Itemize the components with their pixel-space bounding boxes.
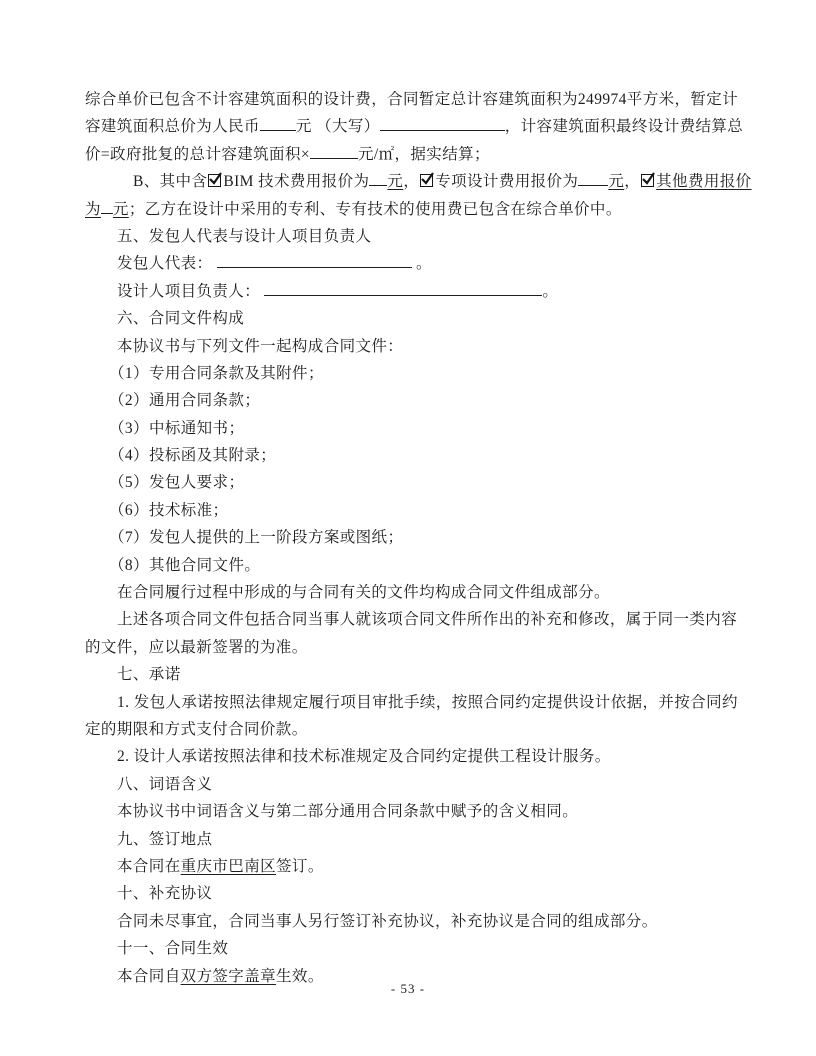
blank-field [310, 143, 358, 159]
text-run: 签订。 [276, 858, 324, 875]
text-run: 八、词语含义 [117, 776, 212, 793]
text-run: 发包人代表： [117, 255, 217, 272]
text-run: （2）通用合同条款； [109, 392, 260, 409]
document-line: （8）其他合同文件。 [85, 552, 737, 579]
text-run: 元 [113, 201, 129, 218]
document-line: 九、签订地点 [85, 826, 737, 853]
document-line: B、其中含BIM 技术费用报价为元，专项设计费用报价为元，其他费用报价 [85, 168, 737, 195]
blank-field [260, 115, 296, 131]
text-run: ；乙方在设计中采用的专利、专有技术的使用费已包含在综合单价中。 [129, 201, 622, 218]
document-line: 2. 设计人承诺按照法律和技术标准规定及合同约定提供工程设计服务。 [85, 743, 737, 770]
text-run: 重庆市巴南区 [181, 858, 276, 875]
text-run: （8）其他合同文件。 [109, 557, 260, 574]
document-line: （3）中标通知书； [85, 415, 737, 442]
text-run: 。 [542, 283, 558, 300]
text-run: 2. 设计人承诺按照法律和技术标准规定及合同约定提供工程设计服务。 [117, 748, 611, 765]
document-line: 在合同履行过程中形成的与合同有关的文件均构成合同文件组成部分。 [85, 579, 737, 606]
page-number: - 53 - [0, 981, 816, 997]
text-run: 本协议书中词语含义与第二部分通用合同条款中赋予的含义相同。 [117, 803, 578, 820]
document-line: 的文件，应以最新签署的为准。 [85, 634, 737, 661]
text-run: （1）专用合同条款及其附件； [109, 365, 324, 382]
text-run: 为 [85, 201, 101, 218]
document-line: （5）发包人要求； [85, 469, 737, 496]
document-line: 为元；乙方在设计中采用的专利、专有技术的使用费已包含在综合单价中。 [85, 196, 737, 223]
text-run: 上述各项合同文件包括合同当事人就该项合同文件所作出的补充和修改，属于同一类内容 [117, 611, 737, 628]
text-run: 元 [387, 173, 403, 190]
document-line: 容建筑面积总价为人民币元 （大写），计容建筑面积最终设计费结算总 [85, 113, 737, 140]
text-run: 本协议书与下列文件一起构成合同文件： [117, 338, 403, 355]
text-run: 元/㎡，据实结算； [358, 146, 490, 163]
checked-checkbox-icon [208, 174, 221, 187]
text-run: 定的期限和方式支付合同价款。 [85, 721, 308, 738]
text-run: 七、承诺 [117, 666, 181, 683]
checked-checkbox-icon [641, 174, 654, 187]
text-run: ， [624, 173, 640, 190]
document-line: （1）专用合同条款及其附件； [85, 360, 737, 387]
document-line: 本合同在重庆市巴南区签订。 [85, 853, 737, 880]
document-line: （7）发包人提供的上一阶段方案或图纸； [85, 524, 737, 551]
document-line: 综合单价已包含不计容建筑面积的设计费，合同暂定总计容建筑面积为249974平方米… [85, 86, 737, 113]
document-line: 七、承诺 [85, 661, 737, 688]
text-run: 六、合同文件构成 [117, 310, 244, 327]
text-run: 容建筑面积总价为人民币 [85, 118, 260, 135]
text-run: 其他费用报价 [656, 173, 751, 190]
document-line: 五、发包人代表与设计人项目负责人 [85, 223, 737, 250]
blank-field [380, 115, 505, 131]
document-line: 设计人项目负责人： 。 [85, 278, 737, 305]
text-run: （6）技术标准； [109, 502, 228, 519]
document-line: 十、补充协议 [85, 880, 737, 907]
text-run: 合同未尽事宜，合同当事人另行签订补充协议，补充协议是合同的组成部分。 [117, 913, 658, 930]
blank-field [264, 280, 542, 296]
text-run: 十、补充协议 [117, 885, 212, 902]
text-run: BIM 技术费用报价为 [223, 173, 369, 190]
document-line: 定的期限和方式支付合同价款。 [85, 716, 737, 743]
text-run: 在合同履行过程中形成的与合同有关的文件均构成合同文件组成部分。 [117, 584, 610, 601]
text-run: 1. 发包人承诺按照法律规定履行项目审批手续，按照合同约定提供设计依据，并按合同… [117, 694, 738, 711]
document-line: 发包人代表： 。 [85, 250, 737, 277]
text-run: 九、签订地点 [117, 831, 212, 848]
text-run: 综合单价已包含不计容建筑面积的设计费，合同暂定总计容建筑面积为249974平方米… [85, 91, 738, 108]
document-line: 十一、合同生效 [85, 935, 737, 962]
text-run: （7）发包人提供的上一阶段方案或图纸； [109, 529, 403, 546]
blank-field [101, 198, 113, 214]
document-line: 1. 发包人承诺按照法律规定履行项目审批手续，按照合同约定提供设计依据，并按合同… [85, 689, 737, 716]
document-line: 八、词语含义 [85, 771, 737, 798]
blank-field [217, 252, 412, 268]
document-line: （4）投标函及其附录； [85, 442, 737, 469]
text-run: 本合同在 [117, 858, 181, 875]
text-run: 设计人项目负责人： [117, 283, 264, 300]
text-run: 十一、合同生效 [117, 940, 228, 957]
text-run: B、其中含 [133, 173, 207, 190]
document-line: 本协议书与下列文件一起构成合同文件： [85, 333, 737, 360]
text-run: 。 [412, 255, 432, 272]
document-body: 综合单价已包含不计容建筑面积的设计费，合同暂定总计容建筑面积为249974平方米… [85, 86, 737, 990]
text-run: 价=政府批复的总计容建筑面积× [85, 146, 310, 163]
blank-field [369, 170, 387, 186]
text-run: ， [403, 173, 419, 190]
document-line: 合同未尽事宜，合同当事人另行签订补充协议，补充协议是合同的组成部分。 [85, 908, 737, 935]
text-run: （3）中标通知书； [109, 420, 244, 437]
text-run: （4）投标函及其附录； [109, 447, 276, 464]
document-line: 价=政府批复的总计容建筑面积×元/㎡，据实结算； [85, 141, 737, 168]
text-run: 元 [608, 173, 624, 190]
document-line: 上述各项合同文件包括合同当事人就该项合同文件所作出的补充和修改，属于同一类内容 [85, 606, 737, 633]
document-line: 本协议书中词语含义与第二部分通用合同条款中赋予的含义相同。 [85, 798, 737, 825]
text-run: 五、发包人代表与设计人项目负责人 [117, 228, 371, 245]
text-run: 元 （大写） [296, 118, 380, 135]
document-line: （2）通用合同条款； [85, 387, 737, 414]
text-run: 的文件，应以最新签署的为准。 [85, 639, 308, 656]
text-run: ，计容建筑面积最终设计费结算总 [505, 118, 744, 135]
text-run: （5）发包人要求； [109, 474, 244, 491]
text-run: 专项设计费用报价为 [435, 173, 578, 190]
document-page: 综合单价已包含不计容建筑面积的设计费，合同暂定总计容建筑面积为249974平方米… [0, 0, 816, 1056]
document-line: （6）技术标准； [85, 497, 737, 524]
document-line: 六、合同文件构成 [85, 305, 737, 332]
blank-field [578, 170, 608, 186]
checked-checkbox-icon [420, 174, 433, 187]
